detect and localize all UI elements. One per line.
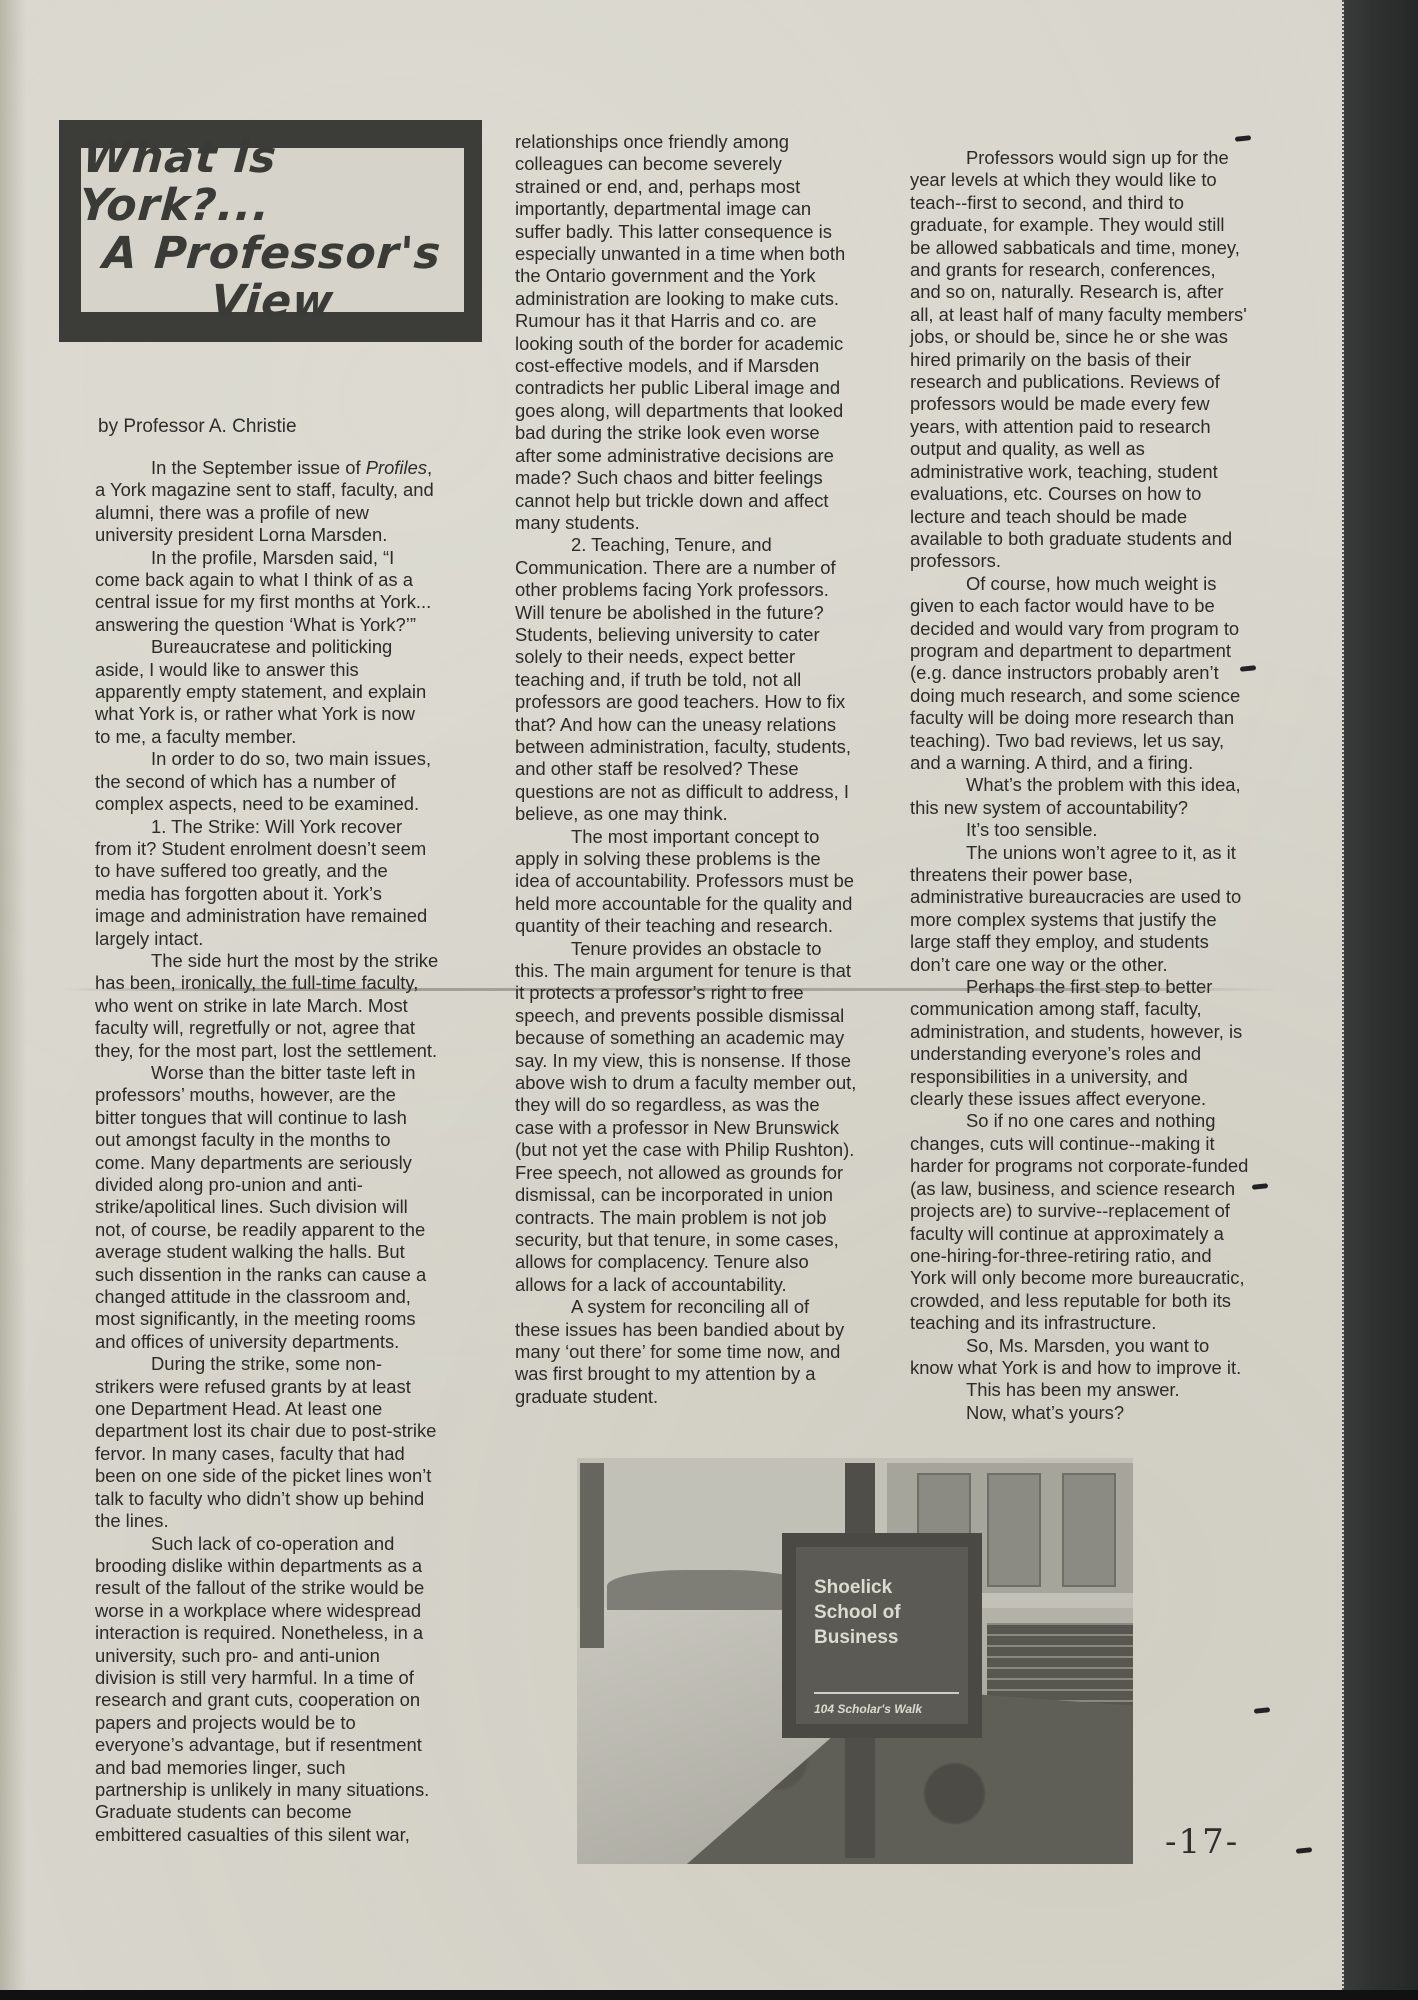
text-line: (as law, business, and science research (910, 1178, 1248, 1200)
text-line: administrative work, teaching, student (910, 461, 1248, 483)
text-line: quantity of their teaching and research. (515, 915, 856, 937)
text-line: fervor. In many cases, faculty that had (95, 1443, 438, 1465)
text-line: because of something an academic may (515, 1027, 856, 1049)
text-line: has been, ironically, the full-time facu… (95, 972, 438, 994)
article-column-1: In the September issue of Profiles,a Yor… (95, 457, 438, 1846)
text-line: cannot help but trickle down and affect (515, 490, 856, 512)
text-line: lecture and teach should be made (910, 506, 1248, 528)
photo-left-post (580, 1463, 604, 1648)
text-line: threatens their power base, (910, 864, 1248, 886)
text-line: The unions won’t agree to it, as it (910, 842, 1248, 864)
text-line: papers and projects would be to (95, 1712, 438, 1734)
text-line: and other staff be resolved? These (515, 758, 856, 780)
text-line: speech, and prevents possible dismissal (515, 1005, 856, 1027)
text-line: between administration, faculty, student… (515, 736, 856, 758)
text-line: changed attitude in the classroom and, (95, 1286, 438, 1308)
text-line: professors’ mouths, however, are the (95, 1084, 438, 1106)
text-line: 1. The Strike: Will York recover (95, 816, 438, 838)
sign-divider (814, 1692, 959, 1694)
text-line: In the September issue of Profiles, (95, 457, 438, 479)
text-line: been on one side of the picket lines won… (95, 1465, 438, 1487)
text-line: largely intact. (95, 928, 438, 950)
text-line: faculty will, regretfully or not, agree … (95, 1017, 438, 1039)
text-line: evaluations, etc. Courses on how to (910, 483, 1248, 505)
text-line: faculty will continue at approximately a (910, 1223, 1248, 1245)
headline-line: A Professor's (102, 230, 444, 278)
text-line: this new system of accountability? (910, 797, 1248, 819)
text-line: changes, cuts will continue--making it (910, 1133, 1248, 1155)
text-line: Of course, how much weight is (910, 573, 1248, 595)
text-line: suffer badly. This latter consequence is (515, 221, 856, 243)
text-line: embittered casualties of this silent war… (95, 1824, 438, 1846)
text-line: available to both graduate students and (910, 528, 1248, 550)
text-line: divided along pro-union and anti- (95, 1174, 438, 1196)
text-line: and a warning. A third, and a firing. (910, 752, 1248, 774)
text-line: was first brought to my attention by a (515, 1363, 856, 1385)
text-line: don’t care one way or the other. (910, 954, 1248, 976)
text-line: year levels at which they would like to (910, 169, 1248, 191)
text-line: alumni, there was a profile of new (95, 502, 438, 524)
text-line: Bureaucratese and politicking (95, 636, 438, 658)
text-line: Students, believing university to cater (515, 624, 856, 646)
text-line: professors are good teachers. How to fix (515, 691, 856, 713)
text-line: given to each factor would have to be (910, 595, 1248, 617)
text-line: So if no one cares and nothing (910, 1110, 1248, 1132)
text-line: The most important concept to (515, 826, 856, 848)
staple-hole-mark (1240, 665, 1256, 672)
text-line: teach--first to second, and third to (910, 192, 1248, 214)
text-line: apply in solving these problems is the (515, 848, 856, 870)
text-line: one-hiring-for-three-retiring ratio, and (910, 1245, 1248, 1267)
text-line: a York magazine sent to staff, faculty, … (95, 479, 438, 501)
text-line: the lines. (95, 1510, 438, 1532)
text-line: to have suffered too greatly, and the (95, 860, 438, 882)
text-line: faculty will be doing more research than (910, 707, 1248, 729)
text-line: strike/apolitical lines. Such division w… (95, 1196, 438, 1218)
text-line: In order to do so, two main issues, (95, 748, 438, 770)
headline-inner: What is York?... A Professor's View (81, 148, 464, 312)
text-line: not, of course, be readily apparent to t… (95, 1219, 438, 1241)
text-line: Tenure provides an obstacle to (515, 938, 856, 960)
text-line: complex aspects, need to be examined. (95, 793, 438, 815)
text-line: Rumour has it that Harris and co. are (515, 310, 856, 332)
text-line: allows for a lack of accountability. (515, 1274, 856, 1296)
text-line: be allowed sabbaticals and time, money, (910, 237, 1248, 259)
text-line: everyone’s advantage, but if resentment (95, 1734, 438, 1756)
text-line: talk to faculty who didn’t show up behin… (95, 1488, 438, 1510)
text-line: (but not yet the case with Philip Rushto… (515, 1139, 856, 1161)
text-line: made? Such chaos and bitter feelings (515, 467, 856, 489)
text-line: 2. Teaching, Tenure, and (515, 534, 856, 556)
text-line: decided and would vary from program to (910, 618, 1248, 640)
text-line: teaching and its infrastructure. (910, 1312, 1248, 1334)
article-column-3: Professors would sign up for theyear lev… (910, 147, 1248, 1424)
text-line: jobs, or should be, since he or she was (910, 326, 1248, 348)
text-line: hired primarily on the basis of their (910, 349, 1248, 371)
page-number: -17- (1165, 1822, 1239, 1862)
text-line: Will tenure be abolished in the future? (515, 602, 856, 624)
text-line: strikers were refused grants by at least (95, 1376, 438, 1398)
text-line: York will only become more bureaucratic, (910, 1267, 1248, 1289)
text-line: come. Many departments are seriously (95, 1152, 438, 1174)
text-line: bitter tongues that will continue to las… (95, 1107, 438, 1129)
article-column-2: relationships once friendly amongcolleag… (515, 131, 856, 1408)
text-line: Communication. There are a number of (515, 557, 856, 579)
text-line: these issues has been bandied about by (515, 1319, 856, 1341)
text-line: Perhaps the first step to better (910, 976, 1248, 998)
text-line: more complex systems that justify the (910, 909, 1248, 931)
text-line: Free speech, not allowed as grounds for (515, 1162, 856, 1184)
text-line: who went on strike in late March. Most (95, 995, 438, 1017)
text-line: aside, I would like to answer this (95, 659, 438, 681)
text-line: (e.g. dance instructors probably aren’t (910, 662, 1248, 684)
text-line: many ‘out there’ for some time now, and (515, 1341, 856, 1363)
text-line: one Department Head. At least one (95, 1398, 438, 1420)
text-line: So, Ms. Marsden, you want to (910, 1335, 1248, 1357)
text-line: apparently empty statement, and explain (95, 681, 438, 703)
text-line: questions are not as difficult to addres… (515, 781, 856, 803)
text-line: worse in a workplace where widespread (95, 1600, 438, 1622)
text-line: professors would be made every few (910, 393, 1248, 415)
text-line: Such lack of co-operation and (95, 1533, 438, 1555)
text-line: Now, what’s yours? (910, 1402, 1248, 1424)
text-line: that? And how can the uneasy relations (515, 714, 856, 736)
text-line: from it? Student enrolment doesn’t seem (95, 838, 438, 860)
text-line: years, with attention paid to research (910, 416, 1248, 438)
text-line: research and publications. Reviews of (910, 371, 1248, 393)
text-line: administrative bureaucracies are used to (910, 886, 1248, 908)
text-line: partnership is unlikely in many situatio… (95, 1779, 438, 1801)
text-line: solely to their needs, expect better (515, 646, 856, 668)
text-line: crowded, and less reputable for both its (910, 1290, 1248, 1312)
text-line: allows for complacency. Tenure also (515, 1251, 856, 1273)
text-line: clearly these issues affect everyone. (910, 1088, 1248, 1110)
text-line: image and administration have remained (95, 905, 438, 927)
text-line: answering the question ‘What is York?’” (95, 614, 438, 636)
text-line: relationships once friendly among (515, 131, 856, 153)
text-line: such dissention in the ranks can cause a (95, 1264, 438, 1286)
staple-hole-mark (1296, 1847, 1312, 1854)
text-line: In the profile, Marsden said, “I (95, 547, 438, 569)
text-line: and grants for research, conferences, (910, 259, 1248, 281)
text-line: idea of accountability. Professors must … (515, 870, 856, 892)
text-line: large staff they employ, and students (910, 931, 1248, 953)
text-line: program and department to department (910, 640, 1248, 662)
text-line: other problems facing York professors. (515, 579, 856, 601)
text-line: contracts. The main problem is not job (515, 1207, 856, 1229)
text-line: above wish to drum a faculty member out, (515, 1072, 856, 1094)
text-line: Professors would sign up for the (910, 147, 1248, 169)
text-line: harder for programs not corporate-funded (910, 1155, 1248, 1177)
text-line: believe, as one may think. (515, 803, 856, 825)
text-line: graduate, for example. They would still (910, 214, 1248, 236)
building-sign-photo: Shoelick School of Business 104 Scholar'… (577, 1458, 1133, 1864)
text-line: and bad memories linger, such (95, 1757, 438, 1779)
text-line: many students. (515, 512, 856, 534)
text-line: the Ontario government and the York (515, 265, 856, 287)
text-line: importantly, departmental image can (515, 198, 856, 220)
text-line: output and quality, as well as (910, 438, 1248, 460)
text-line: and offices of university departments. (95, 1331, 438, 1353)
text-line: and so on, naturally. Research is, after (910, 281, 1248, 303)
text-line: This has been my answer. (910, 1379, 1248, 1401)
text-line: all, at least half of many faculty membe… (910, 304, 1248, 326)
text-line: central issue for my first months at Yor… (95, 591, 438, 613)
text-line: bad during the strike look even worse (515, 422, 856, 444)
headline-line: View (209, 278, 335, 326)
text-line: out amongst faculty in the months to (95, 1129, 438, 1151)
text-line: dismissal, can be incorporated in union (515, 1184, 856, 1206)
text-line: result of the fallout of the strike woul… (95, 1577, 438, 1599)
text-line: department lost its chair due to post-st… (95, 1420, 438, 1442)
italic-title: Profiles (366, 457, 427, 478)
photo-window (987, 1473, 1041, 1587)
text-line: teaching). Two bad reviews, let us say, (910, 730, 1248, 752)
text-line: it protects a professor’s right to free (515, 982, 856, 1004)
text-line: graduate student. (515, 1386, 856, 1408)
text-line: A system for reconciling all of (515, 1296, 856, 1318)
text-line: university, such pro- and anti-union (95, 1645, 438, 1667)
text-line: Worse than the bitter taste left in (95, 1062, 438, 1084)
text-line: especially unwanted in a time when both (515, 243, 856, 265)
staple-hole-mark (1254, 1707, 1270, 1714)
text-line: looking south of the border for academic (515, 333, 856, 355)
text-line: Graduate students can become (95, 1801, 438, 1823)
text-line: administration, and students, however, i… (910, 1021, 1248, 1043)
text-line: most significantly, in the meeting rooms (95, 1308, 438, 1330)
text-line: division is still very harmful. In a tim… (95, 1667, 438, 1689)
text-line: this. The main argument for tenure is th… (515, 960, 856, 982)
text-line: understanding everyone’s roles and (910, 1043, 1248, 1065)
text-line: what York is, or rather what York is now (95, 703, 438, 725)
text-line: they will do so regardless, as was the (515, 1094, 856, 1116)
sign-text: Shoelick School of Business (796, 1575, 901, 1650)
photo-distant-hedge (607, 1570, 807, 1610)
newspaper-page: What is York?... A Professor's View by P… (0, 0, 1344, 1990)
text-line: contradicts her public Liberal image and (515, 377, 856, 399)
text-line: strained or end, and, perhaps most (515, 176, 856, 198)
text-line: case with a professor in New Brunswick (515, 1117, 856, 1139)
text-line: held more accountable for the quality an… (515, 893, 856, 915)
text-line: projects are) to survive--replacement of (910, 1200, 1248, 1222)
text-line: to me, a faculty member. (95, 726, 438, 748)
sign-address: 104 Scholar's Walk (814, 1702, 922, 1716)
scanner-backdrop-bottom (0, 1990, 1418, 2000)
sign-line: Business (796, 1625, 901, 1650)
staple-hole-mark (1252, 1183, 1268, 1190)
sign-line: Shoelick (796, 1575, 901, 1600)
text-line: interaction is required. Nonetheless, in… (95, 1622, 438, 1644)
text-line: security, but that tenure, in some cases… (515, 1229, 856, 1251)
staple-hole-mark (1235, 135, 1251, 142)
text-line: media has forgotten about it. York’s (95, 883, 438, 905)
text-line: cost-effective models, and if Marsden (515, 355, 856, 377)
text-line: doing much research, and some science (910, 685, 1248, 707)
text-line: they, for the most part, lost the settle… (95, 1040, 438, 1062)
text-line: university president Lorna Marsden. (95, 524, 438, 546)
text-line: the second of which has a number of (95, 771, 438, 793)
text-line: know what York is and how to improve it. (910, 1357, 1248, 1379)
sign-line: School of (796, 1600, 901, 1625)
text-line: average student walking the halls. But (95, 1241, 438, 1263)
text-line: colleagues can become severely (515, 153, 856, 175)
school-sign: Shoelick School of Business 104 Scholar'… (782, 1533, 982, 1738)
text-line: The side hurt the most by the strike (95, 950, 438, 972)
text-line: professors. (910, 550, 1248, 572)
text-line: administration are looking to make cuts. (515, 288, 856, 310)
headline-box: What is York?... A Professor's View (59, 120, 482, 342)
text-line: say. In my view, this is nonsense. If th… (515, 1050, 856, 1072)
page-edge-shadow (0, 0, 26, 1990)
byline: by Professor A. Christie (98, 416, 297, 438)
text-line: responsibilities in a university, and (910, 1066, 1248, 1088)
text-line: after some administrative decisions are (515, 445, 856, 467)
text-line: teaching and, if truth be told, not all (515, 669, 856, 691)
scanner-backdrop-right (1342, 0, 1418, 2000)
text-line: come back again to what I think of as a (95, 569, 438, 591)
photo-window (1062, 1473, 1116, 1587)
headline-line: What is York?... (78, 134, 468, 230)
text-line: What’s the problem with this idea, (910, 774, 1248, 796)
text-line: research and grant cuts, cooperation on (95, 1689, 438, 1711)
text-line: It’s too sensible. (910, 819, 1248, 841)
text-line: During the strike, some non- (95, 1353, 438, 1375)
text-line: goes along, will departments that looked (515, 400, 856, 422)
text-line: communication among staff, faculty, (910, 998, 1248, 1020)
text-line: brooding dislike within departments as a (95, 1555, 438, 1577)
